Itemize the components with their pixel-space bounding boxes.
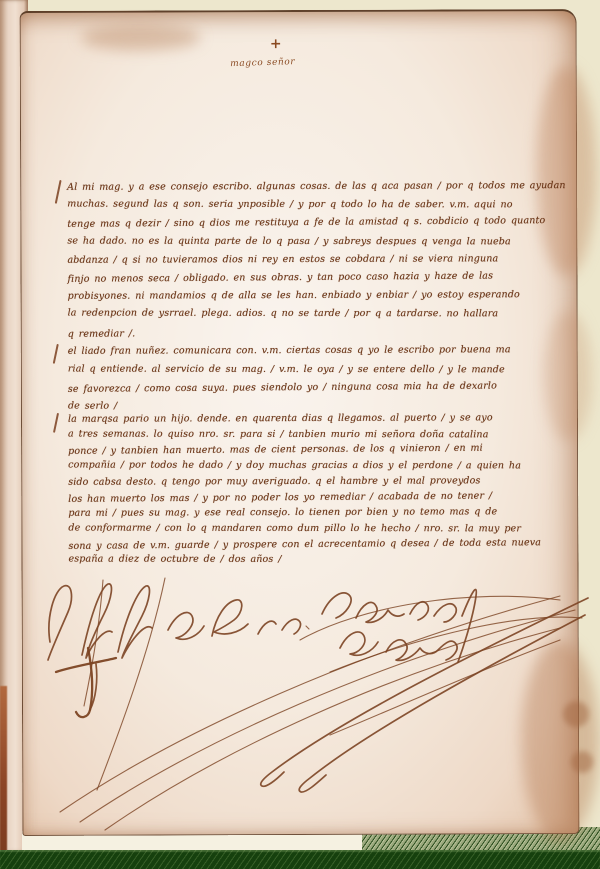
manuscript-text-line: finjo no menos seca / obligado. en sus o… <box>67 267 551 289</box>
manuscript-paragraph: la marqsa pario un hijo. dende. en quare… <box>68 410 553 569</box>
manuscript-text-line: se ha dado. no es la quinta parte de lo … <box>67 232 551 251</box>
salutation-abbreviation: magco señor <box>213 57 313 70</box>
paragraph-mark <box>55 180 62 204</box>
paper-stain <box>571 751 593 773</box>
manuscript-text-line: Al mi mag. y a ese consejo escribo. algu… <box>67 177 551 197</box>
paper-stain <box>81 24 201 50</box>
manuscript-text-block: Al mi mag. y a ese consejo escribo. algu… <box>67 11 551 13</box>
heading-cross: + <box>261 36 291 52</box>
manuscript-paragraph: Al mi mag. y a ese consejo escribo. algu… <box>67 177 552 343</box>
paper-stain <box>563 701 589 727</box>
paragraph-mark <box>53 344 59 364</box>
manuscript-text-line: se favorezca / como cosa suya. pues sien… <box>68 377 552 399</box>
manuscript-sheet: + magco señor Al mi mag. y a ese consejo… <box>20 9 580 836</box>
paragraph-mark <box>53 413 59 433</box>
paper-stain <box>521 641 600 841</box>
manuscript-text-line: probisyones. ni mandamios q de alla se l… <box>68 286 552 306</box>
manuscript-text-line: los han muerto los mas / y por no poder … <box>68 488 552 508</box>
manuscript-text-line: la marqsa pario un hijo. dende. en quare… <box>68 410 552 427</box>
table-edge-band <box>0 850 600 869</box>
binding-red-edge <box>0 686 7 852</box>
manuscript-text-line: españa a diez de octubre de / dos años / <box>68 552 552 569</box>
manuscript-text-line: la redenpcion de ysrrael. plega. adios. … <box>68 305 552 324</box>
manuscript-text-line: el liado fran nuñez. comunicara con. v.m… <box>68 341 552 361</box>
manuscript-paragraph: el liado fran nuñez. comunicara con. v.m… <box>68 341 552 417</box>
manuscript-text-line: compañia / por todos he dado / y doy muc… <box>68 458 552 475</box>
manuscript-text-line: de conformarme / con lo q mandaren como … <box>68 520 552 537</box>
manuscript-scan: { "page": { "heading": { "cross": "+", "… <box>0 0 600 869</box>
manuscript-text-line: tenge mas q dezir / sino q dios me resti… <box>67 212 551 234</box>
